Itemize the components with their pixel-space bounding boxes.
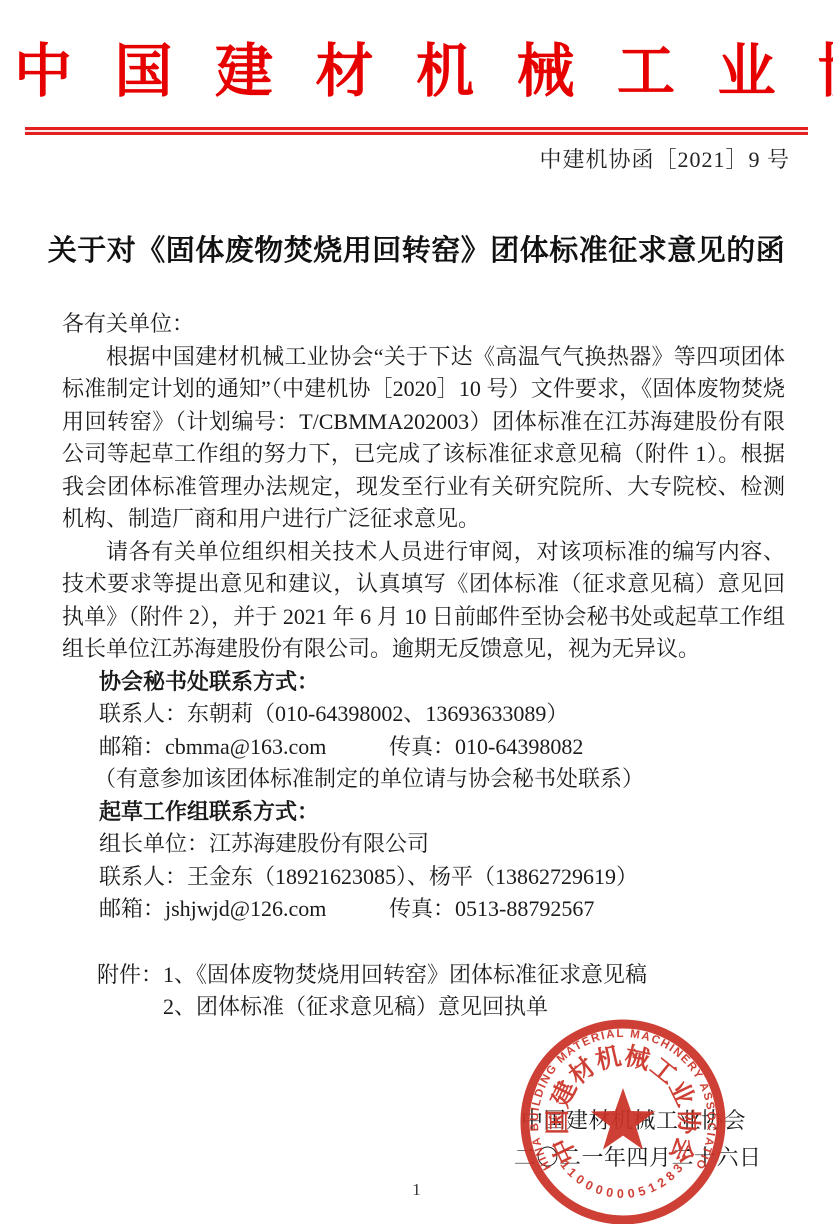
attachment-items: 1、《固体废物焚烧用回转窑》团体标准征求意见稿 2、团体标准（征求意见稿）意见回… — [163, 959, 647, 1024]
secretariat-contact: 联系人：东朝莉（010-64398002、13693633089） — [62, 698, 785, 731]
divider-line-bottom — [25, 132, 808, 135]
document-page: 中 国 建 材 机 械 工 业 协 会 中建机协函［2021］9 号 关于对《固… — [0, 0, 833, 1224]
drafting-group-leader: 组长单位：江苏海建股份有限公司 — [62, 828, 785, 861]
document-body: 各有关单位： 根据中国建材机械工业协会“关于下达《高温气气换热器》等四项团体标准… — [62, 308, 785, 1024]
blank-line — [62, 926, 785, 959]
attachment-item-1: 1、《固体废物焚烧用回转窑》团体标准征求意见稿 — [163, 959, 647, 992]
secretariat-email-fax-row: 邮箱：cbmma@163.com传真：010-64398082 — [62, 731, 785, 764]
paragraph-1: 根据中国建材机械工业协会“关于下达《高温气气换热器》等四项团体标准制定计划的通知… — [62, 341, 785, 536]
attachments-block: 附件： 1、《固体废物焚烧用回转窑》团体标准征求意见稿 2、团体标准（征求意见稿… — [62, 959, 785, 1024]
attachments-label: 附件： — [97, 959, 163, 1024]
drafting-group-email: 邮箱：jshjwjd@126.com — [99, 893, 389, 926]
drafting-group-heading: 起草工作组联系方式： — [62, 796, 785, 829]
drafting-group-contact: 联系人：王金东（18921623085）、杨平（13862729619） — [62, 861, 785, 894]
letterhead-org-name: 中 国 建 材 机 械 工 业 协 会 — [0, 24, 833, 108]
salutation: 各有关单位： — [62, 308, 785, 341]
document-number: 中建机协函［2021］9 号 — [539, 143, 790, 174]
drafting-group-email-fax-row: 邮箱：jshjwjd@126.com传真：0513-88792567 — [62, 893, 785, 926]
drafting-group-fax: 传真：0513-88792567 — [389, 896, 594, 921]
secretariat-heading: 协会秘书处联系方式： — [62, 666, 785, 699]
seal-star-icon — [591, 1088, 656, 1150]
document-title: 关于对《固体废物焚烧用回转窑》团体标准征求意见的函 — [0, 228, 833, 269]
secretariat-note: （有意参加该团体标准制定的单位请与协会秘书处联系） — [62, 763, 785, 796]
letterhead-divider — [25, 127, 808, 135]
paragraph-2: 请各有关单位组织相关技术人员进行审阅，对该项标准的编写内容、技术要求等提出意见和… — [62, 536, 785, 666]
secretariat-email: 邮箱：cbmma@163.com — [99, 731, 389, 764]
page-number: 1 — [0, 1180, 833, 1200]
secretariat-fax: 传真：010-64398082 — [389, 734, 583, 759]
